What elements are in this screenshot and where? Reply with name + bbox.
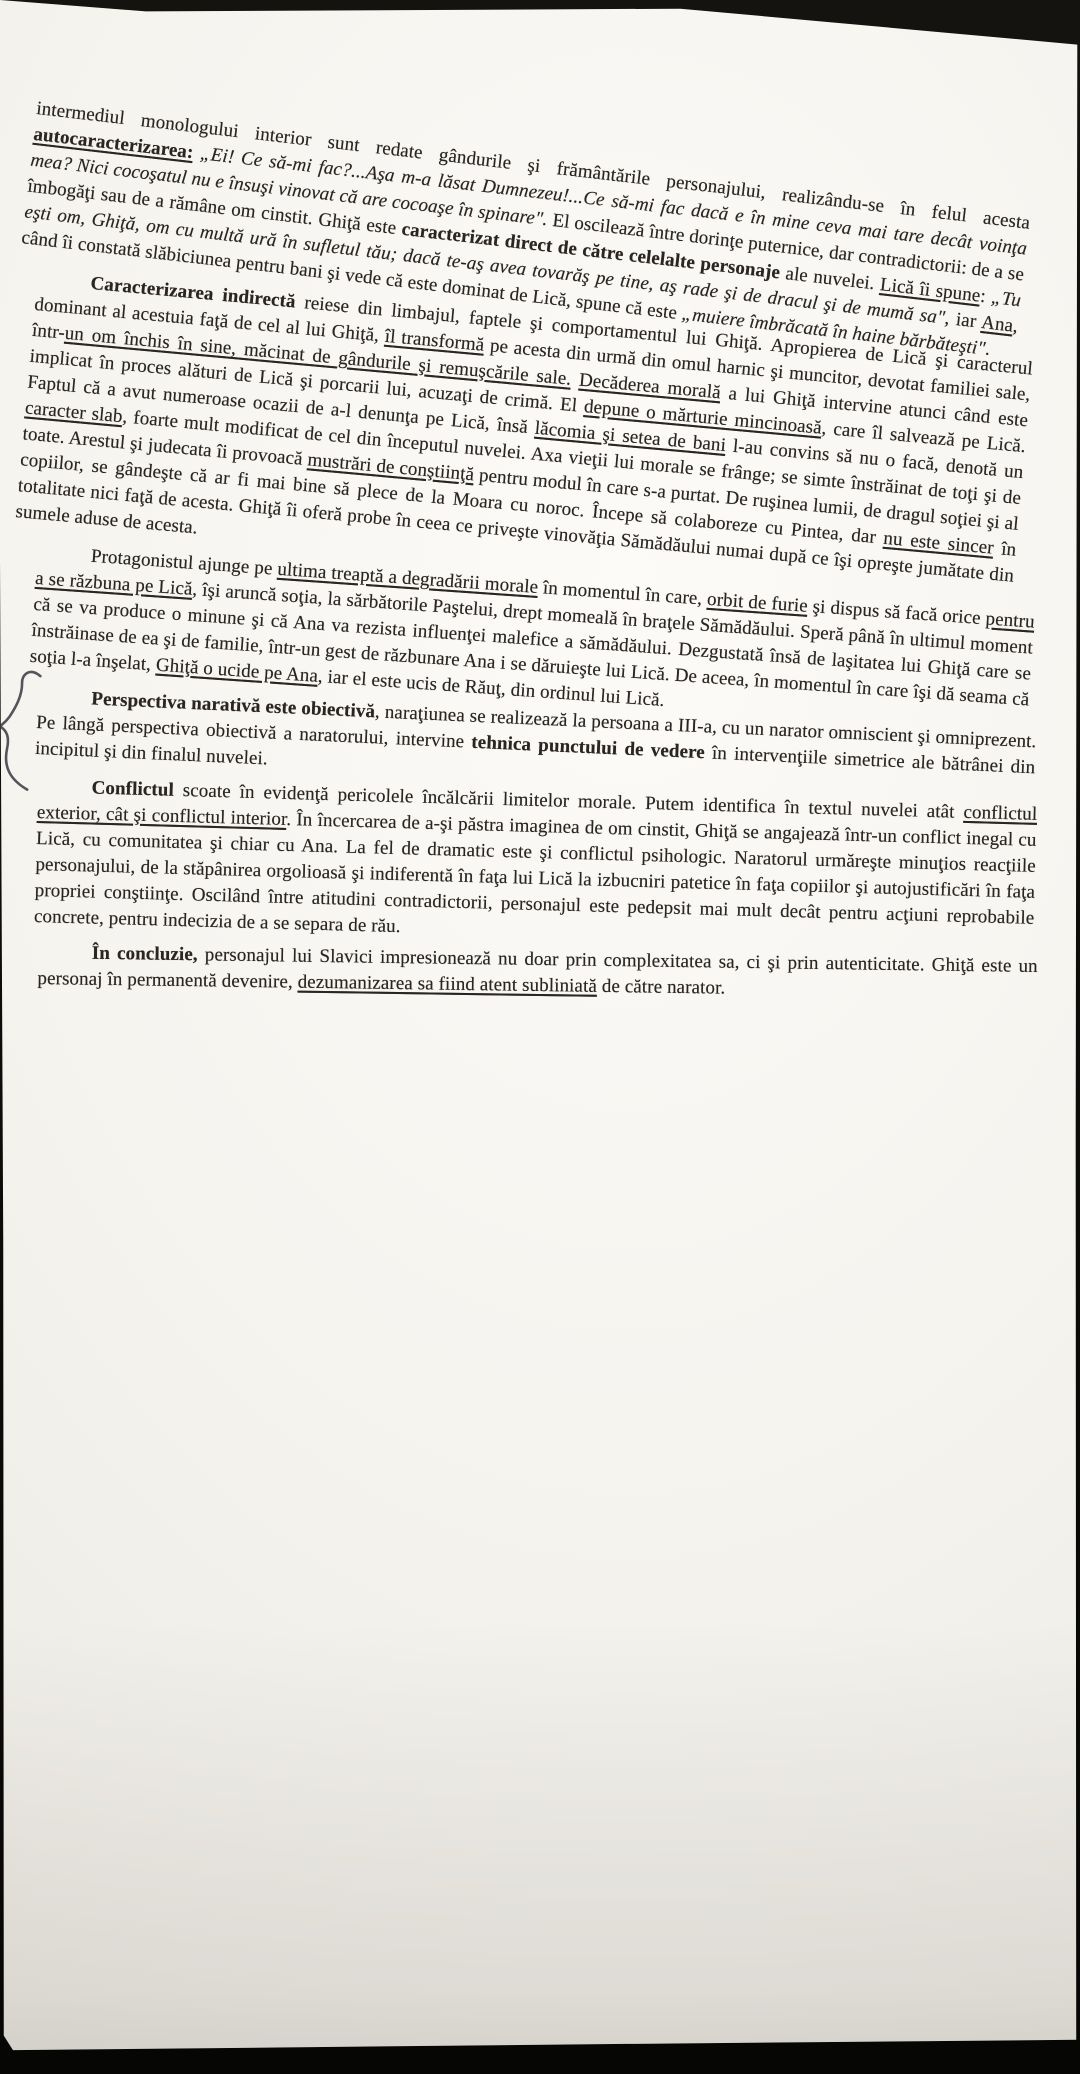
document-body: intermediul monologului interior sunt re… — [38, 96, 1038, 1002]
text-run: Conflictul — [91, 778, 174, 801]
text-run: îl transformă — [384, 326, 485, 356]
text-run: , iar — [944, 308, 983, 333]
text-run: caracter slab — [24, 397, 123, 427]
document-paragraph: Conflictul scoate în evidenţă pericolele… — [34, 774, 1038, 958]
text-run: orbit de furie — [706, 589, 808, 617]
text-run: În concluzie, — [92, 943, 198, 965]
text-run: nu este sincer — [883, 528, 995, 559]
text-run: tehnica punctului de vedere — [471, 732, 705, 764]
text-run: de către narator. — [597, 976, 726, 999]
document-photo: intermediul monologului interior sunt re… — [0, 0, 1080, 2074]
text-run: Ana — [980, 312, 1014, 337]
text-run: Ghiţă o ucide pe Ana — [155, 655, 318, 687]
text-run: . În încercarea de a-şi păstra imaginea … — [34, 809, 1037, 937]
text-run: dezumanizarea sa fiind atent subliniată — [298, 972, 598, 997]
document-page: intermediul monologului interior sunt re… — [0, 0, 1080, 2074]
